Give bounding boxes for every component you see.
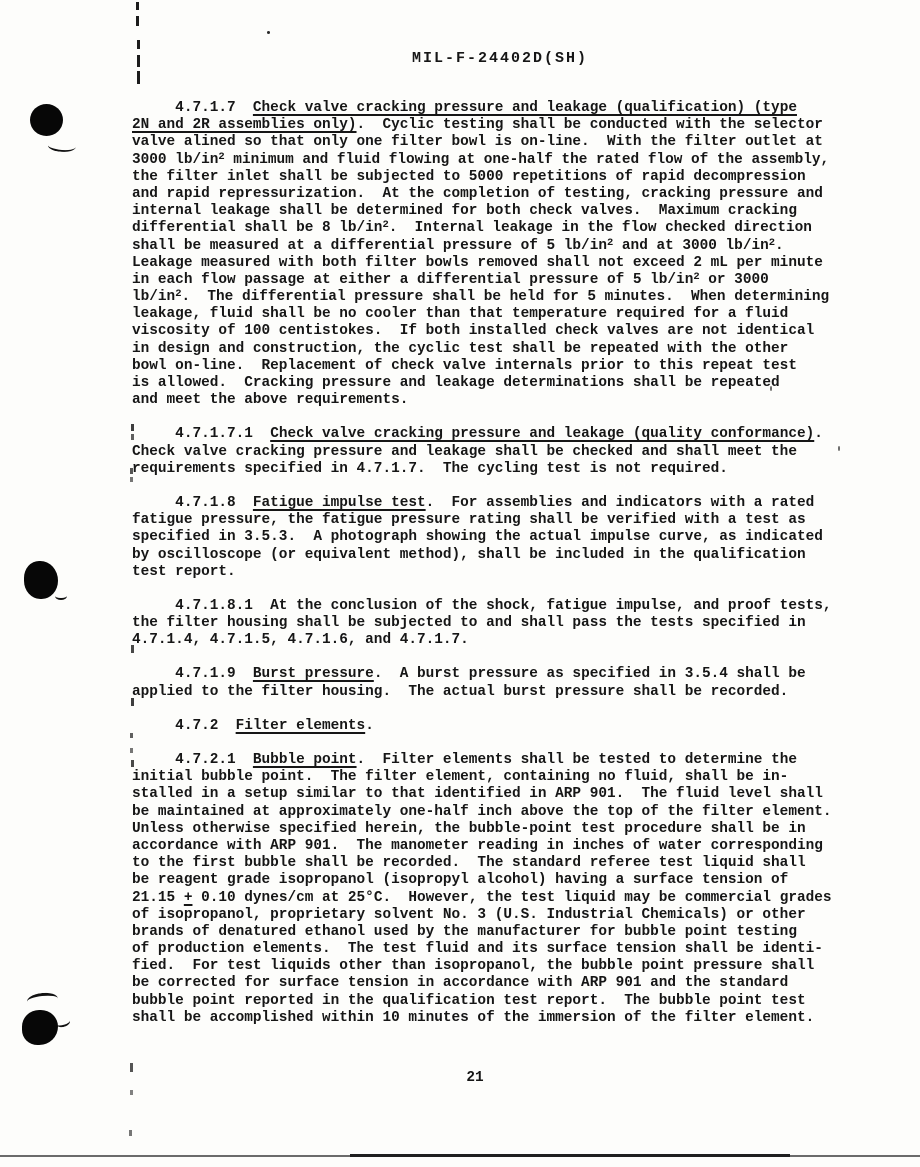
text-line: bubble point reported in the qualificati… xyxy=(132,993,872,1010)
text-line: in design and construction, the cyclic t… xyxy=(132,341,872,358)
text-line: applied to the filter housing. The actua… xyxy=(132,684,872,701)
scan-artifact xyxy=(137,40,140,49)
text-line: differential shall be 8 lb/in2. Internal… xyxy=(132,220,872,237)
scan-artifact xyxy=(55,592,67,600)
hole-punch-mark-middle xyxy=(24,561,58,599)
text-line: test report. xyxy=(132,564,872,581)
text-line: initial bubble point. The filter element… xyxy=(132,769,872,786)
text-line: valve alined so that only one filter bow… xyxy=(132,134,872,151)
text-line: to the first bubble shall be recorded. T… xyxy=(132,855,872,872)
text-line: 4.7.1.7 Check valve cracking pressure an… xyxy=(132,100,872,117)
scan-artifact xyxy=(267,31,270,34)
text-line: 4.7.1.8 Fatigue impulse test. For assemb… xyxy=(132,495,872,512)
text-line: leakage, fluid shall be no cooler than t… xyxy=(132,306,872,323)
scan-artifact xyxy=(137,71,140,84)
document-body: 4.7.1.7 Check valve cracking pressure an… xyxy=(132,100,872,1044)
text-line: in each flow passage at either a differe… xyxy=(132,272,872,289)
text-line: is allowed. Cracking pressure and leakag… xyxy=(132,375,872,392)
scan-artifact xyxy=(26,991,58,1008)
text-line: be reagent grade isopropanol (isopropyl … xyxy=(132,872,872,889)
hole-punch-mark-bottom xyxy=(22,1010,58,1045)
text-line: be corrected for surface tension in acco… xyxy=(132,975,872,992)
paragraph-4.7.1.8: 4.7.1.8 Fatigue impulse test. For assemb… xyxy=(132,495,872,581)
scan-artifact xyxy=(47,138,76,154)
scan-artifact xyxy=(137,55,140,67)
text-line: Check valve cracking pressure and leakag… xyxy=(132,444,872,461)
text-line: the filter inlet shall be subjected to 5… xyxy=(132,169,872,186)
text-line: 4.7.1.4, 4.7.1.5, 4.7.1.6, and 4.7.1.7. xyxy=(132,632,872,649)
scan-artifact xyxy=(130,1090,133,1095)
text-line: Unless otherwise specified herein, the b… xyxy=(132,821,872,838)
text-line: of isopropanol, proprietary solvent No. … xyxy=(132,907,872,924)
text-line: stalled in a setup similar to that ident… xyxy=(132,786,872,803)
document-id-header: MIL-F-24402D(SH) xyxy=(412,50,588,67)
text-line: fied. For test liquids other than isopro… xyxy=(132,958,872,975)
scan-artifact xyxy=(136,2,139,10)
text-line: 21.15 + 0.10 dynes/cm at 25°C. However, … xyxy=(132,890,872,907)
paragraph-4.7.1.7.1: 4.7.1.7.1 Check valve cracking pressure … xyxy=(132,426,872,478)
paragraph-4.7.1.9: 4.7.1.9 Burst pressure. A burst pressure… xyxy=(132,666,872,700)
text-line: and meet the above requirements. xyxy=(132,392,872,409)
scan-artifact xyxy=(136,16,139,26)
text-line: lb/in2. The differential pressure shall … xyxy=(132,289,872,306)
text-line: fatigue pressure, the fatigue pressure r… xyxy=(132,512,872,529)
text-line: bowl on-line. Replacement of check valve… xyxy=(132,358,872,375)
text-line: accordance with ARP 901. The manometer r… xyxy=(132,838,872,855)
paragraph-4.7.1.8.1: 4.7.1.8.1 At the conclusion of the shock… xyxy=(132,598,872,650)
document-page: MIL-F-24402D(SH) 4.7.1.7 Check valve cra… xyxy=(0,0,920,1167)
text-line: viscosity of 100 centistokes. If both in… xyxy=(132,323,872,340)
text-line: brands of denatured ethanol used by the … xyxy=(132,924,872,941)
text-line: by oscilloscope (or equivalent method), … xyxy=(132,547,872,564)
text-line: of production elements. The test fluid a… xyxy=(132,941,872,958)
text-line: 4.7.1.7.1 Check valve cracking pressure … xyxy=(132,426,872,443)
text-line: shall be accomplished within 10 minutes … xyxy=(132,1010,872,1027)
text-line: requirements specified in 4.7.1.7. The c… xyxy=(132,461,872,478)
hole-punch-mark-top xyxy=(30,104,63,136)
text-line: 4.7.1.9 Burst pressure. A burst pressure… xyxy=(132,666,872,683)
bottom-scan-edge-dark-segment xyxy=(350,1154,790,1157)
text-line: 4.7.2.1 Bubble point. Filter elements sh… xyxy=(132,752,872,769)
text-line: internal leakage shall be determined for… xyxy=(132,203,872,220)
page-number: 21 xyxy=(0,1070,920,1086)
text-line: 2N and 2R assemblies only). Cyclic testi… xyxy=(132,117,872,134)
text-line: shall be measured at a differential pres… xyxy=(132,238,872,255)
text-line: be maintained at approximately one-half … xyxy=(132,804,872,821)
text-line: 4.7.1.8.1 At the conclusion of the shock… xyxy=(132,598,872,615)
paragraph-4.7.1.7: 4.7.1.7 Check valve cracking pressure an… xyxy=(132,100,872,409)
text-line: Leakage measured with both filter bowls … xyxy=(132,255,872,272)
paragraph-4.7.2: 4.7.2 Filter elements. xyxy=(132,718,872,735)
text-line: 4.7.2 Filter elements. xyxy=(132,718,872,735)
text-line: 3000 lb/in2 minimum and fluid flowing at… xyxy=(132,152,872,169)
paragraph-4.7.2.1: 4.7.2.1 Bubble point. Filter elements sh… xyxy=(132,752,872,1027)
text-line: specified in 3.5.3. A photograph showing… xyxy=(132,529,872,546)
text-line: and rapid repressurization. At the compl… xyxy=(132,186,872,203)
scan-artifact xyxy=(129,1130,132,1136)
text-line: the filter housing shall be subjected to… xyxy=(132,615,872,632)
